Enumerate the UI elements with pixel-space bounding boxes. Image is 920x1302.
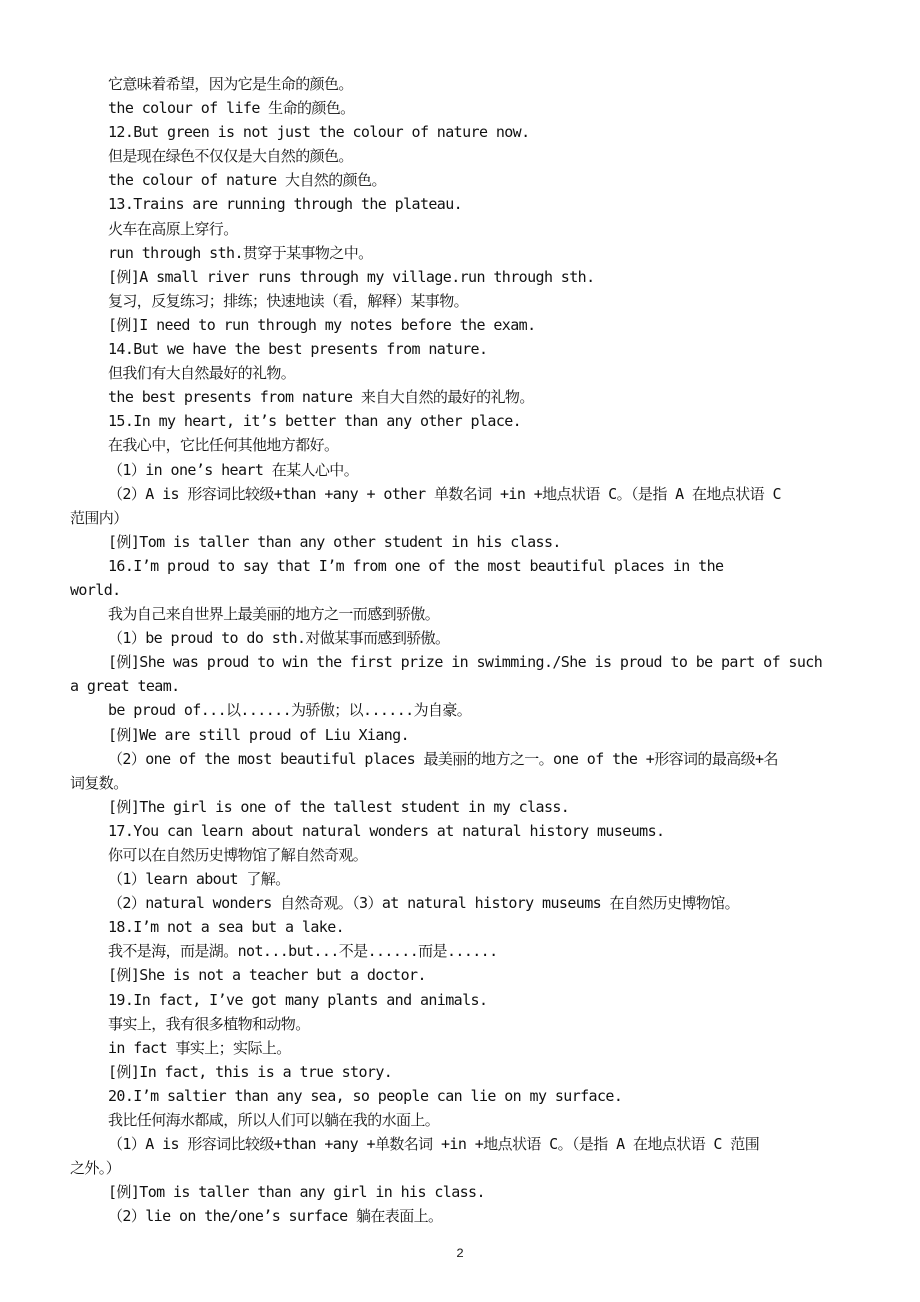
text-line: 它意味着希望，因为它是生命的颜色。 — [70, 72, 870, 96]
text-line: 火车在高原上穿行。 — [70, 217, 870, 241]
text-line: in fact 事实上；实际上。 — [70, 1036, 870, 1060]
text-line: 之外。） — [70, 1156, 870, 1180]
text-line: [例]In fact, this is a true story. — [70, 1060, 870, 1084]
text-line: （2）natural wonders 自然奇观。（3）at natural hi… — [70, 891, 870, 915]
text-line: a great team. — [70, 674, 870, 698]
text-line: run through sth.贯穿于某事物之中。 — [70, 241, 870, 265]
text-line: （1）in one’s heart 在某人心中。 — [70, 458, 870, 482]
text-line: 17.You can learn about natural wonders a… — [70, 819, 870, 843]
text-line: [例]She is not a teacher but a doctor. — [70, 963, 870, 987]
text-line: be proud of...以......为骄傲；以......为自豪。 — [70, 698, 870, 722]
text-line: the colour of nature 大自然的颜色。 — [70, 168, 870, 192]
document-body: 它意味着希望，因为它是生命的颜色。the colour of life 生命的颜… — [70, 72, 870, 1229]
text-line: [例]Tom is taller than any other student … — [70, 530, 870, 554]
text-line: 事实上，我有很多植物和动物。 — [70, 1012, 870, 1036]
text-line: 我比任何海水都咸，所以人们可以躺在我的水面上。 — [70, 1108, 870, 1132]
text-line: 范围内） — [70, 506, 870, 530]
text-line: 12.But green is not just the colour of n… — [70, 120, 870, 144]
text-line: （1）A is 形容词比较级+than +any +单数名词 +in +地点状语… — [70, 1132, 870, 1156]
text-line: 19.In fact, I’ve got many plants and ani… — [70, 988, 870, 1012]
text-line: （2）lie on the/one’s surface 躺在表面上。 — [70, 1204, 870, 1228]
text-line: 在我心中，它比任何其他地方都好。 — [70, 433, 870, 457]
text-line: 18.I’m not a sea but a lake. — [70, 915, 870, 939]
text-line: 13.Trains are running through the platea… — [70, 192, 870, 216]
document-page: 它意味着希望，因为它是生命的颜色。the colour of life 生命的颜… — [0, 0, 920, 1302]
text-line: 但我们有大自然最好的礼物。 — [70, 361, 870, 385]
text-line: 15.In my heart, it’s better than any oth… — [70, 409, 870, 433]
text-line: 16.I’m proud to say that I’m from one of… — [70, 554, 870, 578]
text-line: （2）one of the most beautiful places 最美丽的… — [70, 747, 870, 771]
text-line: （1）be proud to do sth.对做某事而感到骄傲。 — [70, 626, 870, 650]
text-line: （2）A is 形容词比较级+than +any + other 单数名词 +i… — [70, 482, 870, 506]
page-number: 2 — [0, 1246, 920, 1261]
text-line: [例]She was proud to win the first prize … — [70, 650, 870, 674]
text-line: 你可以在自然历史博物馆了解自然奇观。 — [70, 843, 870, 867]
text-line: 我为自己来自世界上最美丽的地方之一而感到骄傲。 — [70, 602, 870, 626]
text-line: the best presents from nature 来自大自然的最好的礼… — [70, 385, 870, 409]
text-line: （1）learn about 了解。 — [70, 867, 870, 891]
text-line: 14.But we have the best presents from na… — [70, 337, 870, 361]
text-line: [例]The girl is one of the tallest studen… — [70, 795, 870, 819]
text-line: [例]Tom is taller than any girl in his cl… — [70, 1180, 870, 1204]
text-line: the colour of life 生命的颜色。 — [70, 96, 870, 120]
text-line: [例]We are still proud of Liu Xiang. — [70, 723, 870, 747]
text-line: [例]A small river runs through my village… — [70, 265, 870, 289]
text-line: 20.I’m saltier than any sea, so people c… — [70, 1084, 870, 1108]
text-line: [例]I need to run through my notes before… — [70, 313, 870, 337]
text-line: 我不是海，而是湖。not...but...不是......而是...... — [70, 939, 870, 963]
text-line: world. — [70, 578, 870, 602]
text-line: 词复数。 — [70, 771, 870, 795]
text-line: 复习，反复练习；排练；快速地读（看，解释）某事物。 — [70, 289, 870, 313]
text-line: 但是现在绿色不仅仅是大自然的颜色。 — [70, 144, 870, 168]
